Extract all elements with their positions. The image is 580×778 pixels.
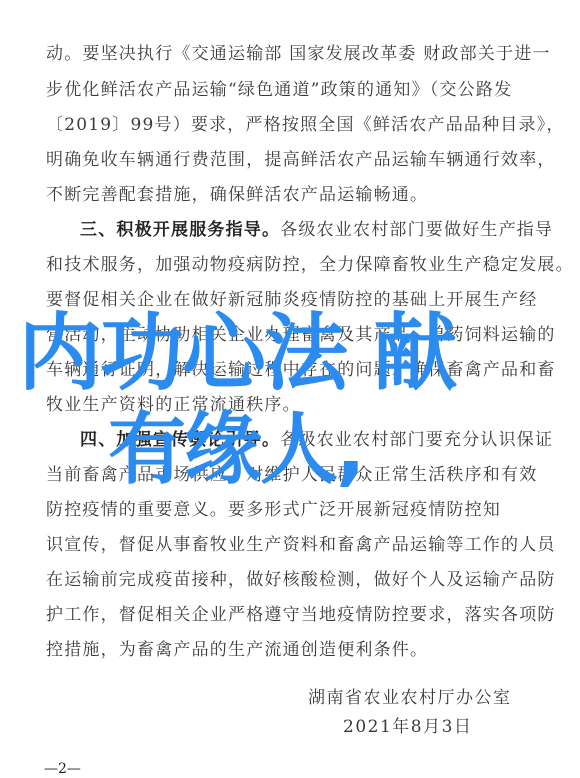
paragraph-line: 识宣传，督促从事畜牧业生产资料和畜禽产品运输等工作的人员	[46, 535, 546, 555]
section-3-heading: 三、积极开展服务指导。	[80, 220, 280, 240]
paragraph-line: 步优化鲜活农产品运输“绿色通道”政策的通知》（交公路发	[46, 80, 546, 100]
issuer-signature: 湖南省农业农村厅办公室	[308, 683, 512, 708]
document-page: 动。要坚决执行《交通运输部 国家发展改革委 财政部关于进一 步优化鲜活农产品运输…	[0, 0, 580, 778]
overlay-caption-line-2: 有缘人,	[108, 405, 364, 495]
overlay-caption-line-1: 内功心法 献	[18, 308, 455, 398]
paragraph-line: 动。要坚决执行《交通运输部 国家发展改革委 财政部关于进一	[46, 44, 546, 64]
issue-date: 2021年8月3日	[343, 712, 472, 737]
section-3-first-line: 三、积极开展服务指导。各级农业农村部门要做好生产指导	[80, 220, 580, 240]
paragraph-line: 不断完善配套措施，确保鲜活农产品运输畅通。	[46, 185, 546, 205]
paragraph-line: 明确免收车辆通行费范围，提高鲜活农产品运输车辆通行效率，	[46, 150, 546, 170]
page-number: —2—	[44, 761, 81, 777]
paragraph-line: 和技术服务，加强动物疫病防控，全力保障畜牧业生产稳定发展。	[46, 255, 546, 275]
paragraph-line: 在运输前完成疫苗接种，做好核酸检测，做好个人及运输产品防	[46, 570, 546, 590]
paragraph-line: 控措施，为畜禽产品的生产流通创造便利条件。	[46, 640, 546, 660]
section-3-text: 各级农业农村部门要做好生产指导	[280, 220, 553, 240]
paragraph-line: 〔2019〕99号）要求，严格按照全国《鲜活农产品品种目录》，	[46, 115, 546, 135]
paragraph-line: 防控疫情的重要意义。要多形式广泛开展新冠疫情防控知	[46, 500, 546, 520]
paragraph-line: 护工作，督促相关企业严格遵守当地疫情防控要求，落实各项防	[46, 605, 546, 625]
